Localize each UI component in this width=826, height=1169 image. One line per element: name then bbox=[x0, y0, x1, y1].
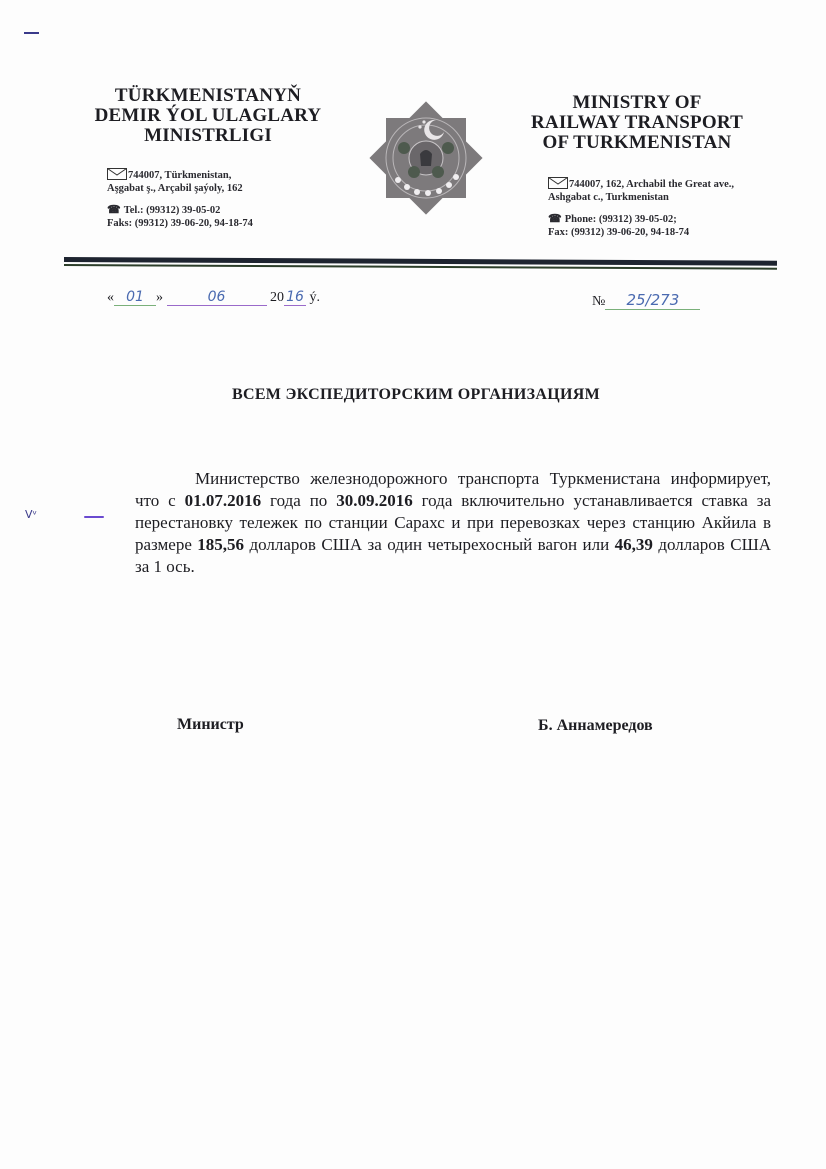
number-value: 25/273 bbox=[605, 291, 700, 310]
date-month: 06 bbox=[167, 289, 267, 306]
date-to: 30.09.2016 bbox=[336, 491, 413, 510]
left-address-line2: Aşgabat ş., Arçabil şaýoly, 162 bbox=[107, 182, 347, 195]
left-fax: Faks: (99312) 39-06-20, 94-18-74 bbox=[107, 217, 347, 230]
letterhead-left-title-line1: TÜRKMENISTANYŇ bbox=[78, 86, 338, 106]
rate-wagon: 185,56 bbox=[197, 535, 244, 554]
rate-axle: 46,39 bbox=[615, 535, 653, 554]
signatory-title: Министр bbox=[177, 716, 244, 734]
letterhead-left-title-line2: DEMIR ÝOL ULAGLARY bbox=[78, 106, 338, 126]
letterhead-right-title-line1: MINISTRY OF bbox=[512, 93, 762, 113]
left-address-row: 744007, Türkmenistan, bbox=[107, 168, 347, 182]
date-suffix: ý. bbox=[310, 290, 321, 305]
date-year-prefix: 20 bbox=[270, 290, 284, 305]
left-address-line1: 744007, Türkmenistan, bbox=[128, 170, 231, 181]
date-from: 01.07.2016 bbox=[185, 491, 262, 510]
letterhead-left-title: TÜRKMENISTANYŇ DEMIR ÝOL ULAGLARY MINIST… bbox=[78, 86, 338, 146]
date-day: 01 bbox=[114, 289, 156, 306]
scan-mark-left-margin: Vᵛ bbox=[25, 508, 37, 521]
phone-icon: ☎ bbox=[107, 204, 121, 217]
letterhead-left-title-line3: MINISTRLIGI bbox=[78, 126, 338, 146]
left-tel: Tel.: (99312) 39-05-02 bbox=[124, 205, 221, 216]
left-tel-row: ☎Tel.: (99312) 39-05-02 bbox=[107, 204, 347, 217]
body-paragraph: Министерство железнодорожного транспорта… bbox=[135, 468, 771, 578]
date-year-suffix: 16 bbox=[284, 289, 306, 306]
envelope-icon bbox=[107, 168, 127, 180]
addressee-heading: ВСЕМ ЭКСПЕДИТОРСКИМ ОРГАНИЗАЦИЯМ bbox=[232, 386, 600, 404]
letterhead-right-title-line2: RAILWAY TRANSPORT bbox=[512, 113, 762, 133]
letterhead-left-contact: 744007, Türkmenistan, Aşgabat ş., Arçabi… bbox=[107, 168, 347, 230]
right-tel: Phone: (99312) 39-05-02; bbox=[565, 214, 677, 225]
letterhead-right-title: MINISTRY OF RAILWAY TRANSPORT OF TURKMEN… bbox=[512, 93, 762, 153]
phone-icon: ☎ bbox=[548, 213, 562, 226]
date-open-quote: « bbox=[107, 290, 114, 305]
body-text-4: долларов США за один четырехосный вагон … bbox=[244, 535, 615, 554]
emblem-icon bbox=[362, 94, 490, 222]
right-fax: Fax: (99312) 39-06-20, 94-18-74 bbox=[548, 226, 788, 239]
right-address-line2: Ashgabat c., Turkmenistan bbox=[548, 191, 788, 204]
scan-mark-dash bbox=[84, 516, 104, 518]
right-address-line1: 744007, 162, Archabil the Great ave., bbox=[569, 179, 734, 190]
date-close-quote: » bbox=[156, 290, 163, 305]
scan-mark-top-left bbox=[24, 32, 39, 34]
right-address-row: 744007, 162, Archabil the Great ave., bbox=[548, 177, 788, 191]
signatory-name: Б. Аннамередов bbox=[538, 717, 653, 735]
body-text-2: года по bbox=[261, 491, 336, 510]
date-line: «01» 06 2016 ý. bbox=[107, 289, 320, 306]
document-number: №25/273 bbox=[592, 291, 700, 310]
letterhead-right-contact: 744007, 162, Archabil the Great ave., As… bbox=[548, 177, 788, 239]
right-tel-row: ☎Phone: (99312) 39-05-02; bbox=[548, 213, 788, 226]
letterhead-right-title-line3: OF TURKMENISTAN bbox=[512, 133, 762, 153]
envelope-icon bbox=[548, 177, 568, 189]
number-label: № bbox=[592, 294, 605, 309]
